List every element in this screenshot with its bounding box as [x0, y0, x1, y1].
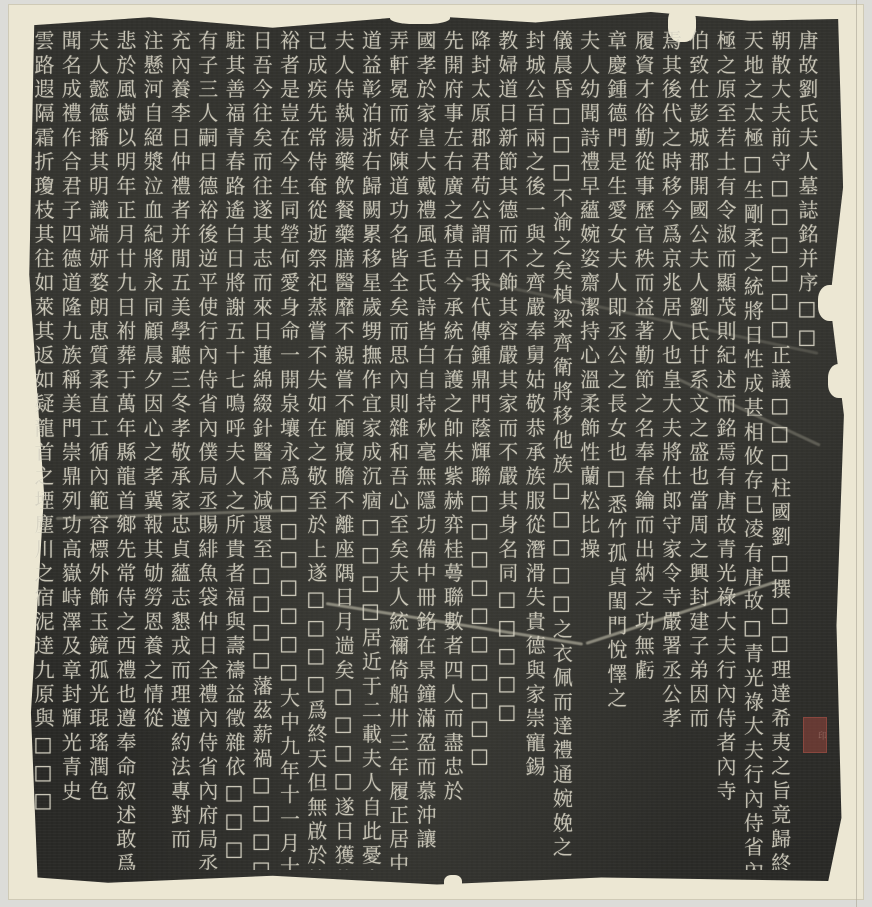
inscription-column-19: 已成疾先常侍奄從逝祭祀蒸嘗不失如在之敬至於上遂□□□□爲終天但無啟於節氣岦 — [303, 30, 329, 870]
paper-tear — [444, 875, 462, 891]
inscription-column-8: 章慶鍾德門是生愛女夫人即丞公之長女也□悉竹孤貞閨門悅懌之 — [603, 30, 629, 870]
inscription-column-5: 伯致仕彭城郡開國公夫人劉氏廿系文之盛也當周之興封建子弟因而 — [685, 30, 711, 870]
inscription-column-28: 聞名成禮作合君子四德道隆九族稱美門崇鼎列功高嶽峙澤及章封輝光青史 — [57, 30, 83, 870]
inscription-column-13: 降封太原郡君苟公謂日我代傳鍾鼎門蔭輝聯□□□□□□□□□□ — [467, 30, 493, 870]
inscription-column-17: 道益彰泊浙右歸闕累移星歲甥撫作宜家成沉痼□□□□居近于二載夫人自此憂恚亦 — [357, 30, 383, 870]
inscription-column-29: 雲路遐隔霜折瓊枝其往如萊其返如疑龍首之堙塵川之宿泥逹九原與□□□ — [30, 30, 56, 870]
paper-tear — [390, 10, 450, 24]
inscription-column-27: 夫人懿德播其明識端妍婺朗恵質柔直工循內範容標外飾玉鏡孤光琨瑤潤色 — [85, 30, 111, 870]
inscription-column-15: 國孝於家皇大戴禮風毛氏詩皆白自持秋毫無隱功備中冊銘在景鐘滿盈而慕沖讓 — [412, 30, 438, 870]
inscription-column-20: 裕者是豈在今生同塋何愛身命一開泉壤永爲□□□□□□□大中九年十一月十 — [276, 30, 302, 870]
mount-edge — [856, 0, 857, 907]
inscription-column-9: 夫人幼聞詩禮早蘊婉姿齋潔持心溫柔飾性蘭松比操 — [576, 30, 602, 870]
inscription-column-3: 天地之太極□生剛柔之統將日性成甚相攸存巳凌有唐故□青光祿大夫行內侍省內寺 — [739, 30, 765, 870]
inscription-column-12: 教婦道日新節其德而不飾其容嚴其家而不嚴其身名同□□□□□ — [494, 30, 520, 870]
inscription-column-10: 儀晨昏□□□不渝之矣楨梁齊衛將移他族□□□□□之衣佩而達禮通婉娩之 — [548, 30, 574, 870]
inscription-column-24: 充內養李日仲禮者并閒五美學聽三冬孝敬承家忠貞蘊志懇戎而理遵約法專對而 — [166, 30, 192, 870]
red-seal-stamp: 印 — [803, 717, 827, 753]
inscription-column-22: 駐其善福青春路遙白日將謝五十七鳴呼夫人之所貴者福與壽禱益徵雜依□□□□ — [221, 30, 247, 870]
inscription-column-11: 封城公百兩之後一與之齊嚴奉舅姑敬恭承族服從潛滑失貴德與家崇寵錫 — [521, 30, 547, 870]
inscription-column-2: 朝散大夫前守□□□□□□正議□□□柱國劉□撰□□理達希夷之旨竟歸終 — [767, 30, 793, 870]
inscription-column-21: 日吾今往矣而往遂其志而來日蓮綿綴針醫不減還至□□□□藩茲薪禍□□□□□□ — [248, 30, 274, 870]
rubbing-scan: 唐故劉氏夫人墓誌銘并序□□ 朝散大夫前守□□□□□□正議□□□柱國劉□撰□□理達… — [0, 0, 872, 907]
inscription-column-14: 先開府事左右廣之積吾今承統右護之帥朱紫赫弈桂蕚聯數者四人而盡忠於 — [439, 30, 465, 870]
inscription-column-18: 夫人侍執湯藥飲餐藥膳醫靡不親嘗不顧寢瞻不離座隅日月遄矣□□□□遂日獲侍就枕寢孤日 — [330, 30, 356, 870]
inscription-column-23: 有子三人嗣日德裕後逆平使行內侍省內僕局丞賜緋魚袋仲日全禮內侍省內府局丞 — [194, 30, 220, 870]
inscription-column-6: 焉其後代之時移今爲京兆居人也皇大夫將仕郎守家令寺嚴署丞公孝 — [657, 30, 683, 870]
inscription-column-16: 弄軒冕而好陳道功名皆全矣而思內則雜和吾心至矣夫人統禰倚船卅三年履正居中 — [385, 30, 411, 870]
inscription-column-4: 極之原至若土有令淑而顯茂則紀述而銘焉有唐故青光祿大夫行內侍者內寺 — [712, 30, 738, 870]
paper-tear — [150, 6, 190, 18]
inscription-column-25: 注懸河自絕漿泣血紀將永同顧晨夕因心之孝冀報其劬勞恩養之情從 — [139, 30, 165, 870]
paper-tear — [828, 364, 854, 398]
paper-tear — [818, 285, 846, 321]
inscription-column-26: 悲於風樹以明年正月廿九日祔葬于萬年縣龍首鄉先常侍之西禮也遵奉命叙述敢爲銘曰 — [112, 30, 138, 870]
inscription-column-7: 履資才俗勤從事歷官秩而益著勤節之名奉春鑰而出納之功無虧 — [630, 30, 656, 870]
inscription-columns: 唐故劉氏夫人墓誌銘并序□□ 朝散大夫前守□□□□□□正議□□□柱國劉□撰□□理達… — [30, 30, 820, 870]
